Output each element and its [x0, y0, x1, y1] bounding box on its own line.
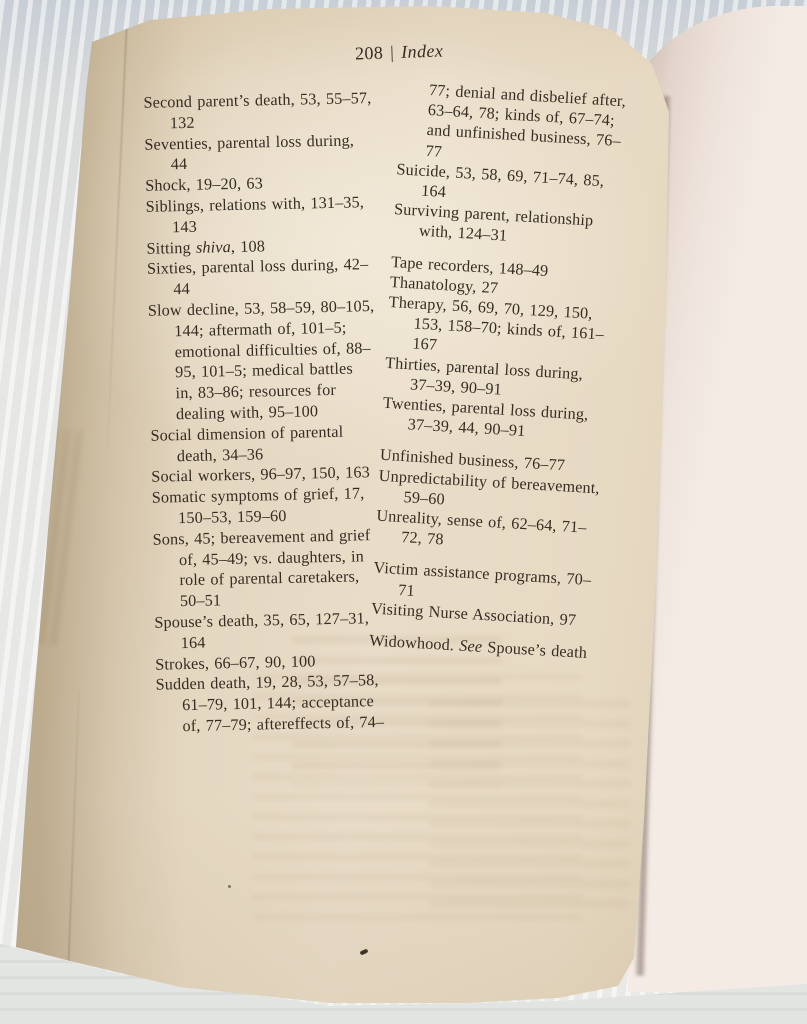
index-text: Slow decline, 53, 58–59, 80–105, — [148, 297, 375, 320]
index-text: 95, 101–5; medical battles — [175, 360, 353, 382]
index-text: , 108 — [231, 237, 265, 256]
index-group: Unfinished business, 76–77Unpredictabili… — [375, 445, 662, 562]
index-line: of, 77–79; aftereffects of, 74– — [156, 711, 418, 737]
index-text: death, 34–36 — [177, 445, 264, 465]
index-text: 44 — [173, 280, 190, 298]
index-text: 44 — [171, 155, 188, 173]
index-text: Sons, 45; bereavement and grief — [152, 526, 370, 549]
index-group: Victim assistance programs, 70–71Visitin… — [371, 558, 656, 635]
page-header: 208|Index — [355, 40, 444, 64]
index-text: Shock, 19–20, 63 — [145, 175, 263, 195]
index-text: 72, 78 — [401, 528, 444, 548]
index-text: of, 77–79; aftereffects of, 74– — [182, 713, 384, 735]
index-text: Sitting — [146, 238, 196, 257]
index-text: Somatic symptoms of grief, 17, — [152, 484, 365, 506]
index-entry: Sixties, parental loss during, 42–44 — [147, 254, 410, 301]
index-entry: Siblings, relations with, 131–35,143 — [145, 191, 408, 238]
index-text: 71 — [398, 581, 416, 600]
index-text: Seventies, parental loss during, — [144, 131, 354, 153]
index-text: Spouse’s death — [482, 638, 588, 662]
index-entry: Slow decline, 53, 58–59, 80–105,144; aft… — [148, 295, 413, 425]
page-number: 208 — [355, 43, 384, 64]
index-text: Second parent’s death, 53, 55–57, — [143, 89, 371, 112]
index-text: Siblings, relations with, 131–35, — [145, 193, 364, 216]
index-entry: Second parent’s death, 53, 55–57,132 — [143, 87, 406, 134]
index-text: emotional difficulties of, 88– — [175, 339, 371, 361]
index-text: dealing with, 95–100 — [176, 402, 318, 423]
index-text: 144; aftermath of, 101–5; — [174, 318, 347, 340]
index-text: 61–79, 101, 144; acceptance — [182, 692, 374, 714]
index-text: Spouse’s death, 35, 65, 127–31, — [154, 609, 369, 631]
index-text-italic: See — [459, 637, 483, 656]
index-text: Social dimension of parental — [150, 422, 343, 444]
index-text-italic: shiva — [196, 238, 231, 257]
index-text: 150–53, 159–60 — [178, 507, 287, 527]
index-text: role of parental caretakers, — [179, 568, 359, 590]
index-text: of, 45–49; vs. daughters, in — [179, 547, 364, 569]
index-text: Strokes, 66–67, 90, 100 — [155, 652, 316, 673]
index-entry: Seventies, parental loss during,44 — [144, 129, 407, 176]
index-text: 77 — [425, 141, 443, 160]
index-text: Sixties, parental loss during, 42– — [147, 256, 369, 279]
index-text: Sudden death, 19, 28, 53, 57–58, — [155, 671, 378, 694]
index-text: 167 — [412, 335, 438, 354]
index-text: 143 — [172, 218, 197, 237]
index-text: 132 — [170, 114, 195, 133]
index-entry: Somatic symptoms of grief, 17,150–53, 15… — [152, 482, 415, 529]
index-text: 59–60 — [403, 488, 445, 508]
index-group: 77; denial and disbelief after,63–64, 78… — [392, 78, 683, 256]
index-group: Tape recorders, 148–49Thanatology, 27The… — [381, 252, 673, 450]
index-text: in, 83–86; resources for — [175, 381, 336, 402]
index-entry: Sudden death, 19, 28, 53, 57–58,61–79, 1… — [155, 670, 418, 738]
index-text: Social workers, 96–97, 150, 163 — [151, 463, 370, 486]
page-title: Index — [401, 40, 444, 61]
header-separator: | — [390, 42, 395, 62]
index-text: with, 124–31 — [418, 222, 507, 245]
index-entry: Social dimension of parentaldeath, 34–36 — [150, 420, 413, 467]
index-right-column: 77; denial and disbelief after,63–64, 78… — [369, 78, 684, 667]
index-text: 50–51 — [180, 591, 222, 610]
index-text: Widowhood. — [369, 632, 460, 655]
index-text: 164 — [421, 182, 447, 201]
index-text: 164 — [181, 633, 206, 652]
